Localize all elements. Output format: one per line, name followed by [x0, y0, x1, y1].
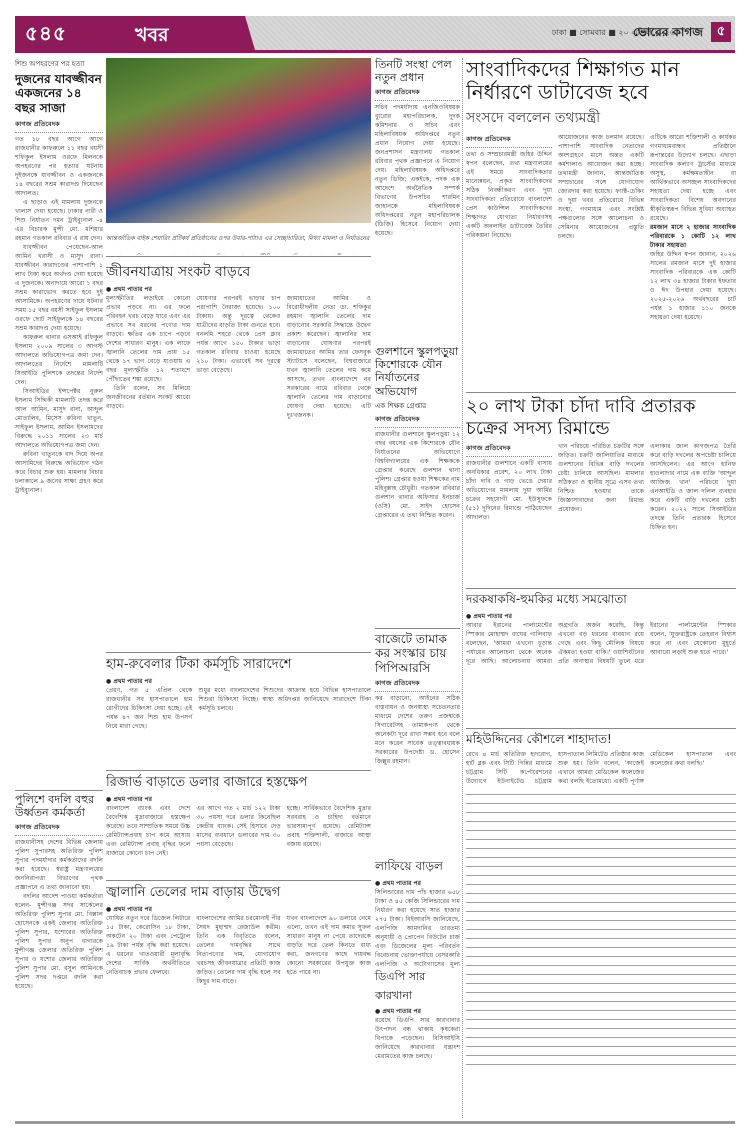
masthead: ৫৪৫ খবর ঢাকা ■ সোমবার ■ ২০ এপ্রিল ২০২৬ ভ… [15, 16, 735, 50]
headline: মহিউদ্দিনের কৌশলে শাহাদাত! [466, 731, 736, 751]
headline: ২০ লাখ টাকা চাঁদা দাবি প্রতারক চক্রের সদ… [466, 396, 736, 439]
paper-name: ভোরের কাগজ [633, 24, 703, 44]
body-paragraph: বদলির আদেশ পাওয়া কর্মকর্তারা হলেন- মুন্… [15, 893, 103, 992]
body-paragraph: রাজধানীর গুলশানে স্কুলপড়ুয়া ১২ বছর বয়… [375, 431, 460, 521]
body-paragraph: ঘোষণার পরপরই ভাড়ার চাপ পরাপাশি নৈরাজ্য … [196, 295, 280, 376]
headline: জ্বালানি তেলের দাম বাড়ায় উদ্বেগ [106, 883, 371, 904]
headline: ডিএপি সার কারখানা [375, 968, 460, 1006]
body-paragraph: ঘোষিত নতুন দরে ডিজেল লিটারে ১৫ টাকা, কের… [106, 915, 190, 987]
continuation-text: প্রথম পাতার পর [382, 880, 421, 887]
continuation-label: ● প্রথম পাতার পর [375, 1006, 460, 1017]
news-photo [106, 58, 371, 223]
divider [106, 652, 371, 653]
story-child-abduction: শিশু অপহরণের পর হত্যা দুজনের যাবজ্জীবন এ… [15, 58, 103, 578]
story-mohiuddin: মহিউদ্দিনের কৌশলে শাহাদাত! রেখে ৪ মার্চ … [466, 731, 736, 1116]
byline: কাগজ প্রতিবেদক [15, 822, 103, 836]
continuation-text: প্রথম পাতার পর [113, 286, 152, 293]
headline: রিজার্ভ বাড়াতে ডলার বাজারে হস্তক্ষেপ [106, 773, 371, 794]
continuation-label: ● প্রথম পাতার পর [466, 611, 736, 622]
body-paragraph: এর আগে গত ২ মার্চ ১২২ টাকা ৩০ পয়সা দরে … [196, 805, 280, 859]
divider [375, 628, 460, 629]
story-journalists: সাংবাদিকদের শিক্ষাগত মান নির্ধারণে ডাটাব… [466, 58, 736, 388]
body-paragraph: সিআইডির ইন্সপেক্টর নুরুল ইসলাম সিদ্দিকী … [15, 388, 103, 451]
body-paragraph: কাফরুল থানার এসআই রফিকুল ইসলাম ২০০৯ সালে… [15, 334, 103, 388]
divider [106, 256, 371, 257]
story-negotiation: দরকষাকষি-হুমকির মধ্যে সমঝোতা ● প্রথম পাত… [466, 591, 736, 726]
body-paragraph: আয়োজনের কাজ চলমান রয়েছে। পাশাপাশি সাংব… [558, 134, 644, 242]
body-paragraph: এলাকার জাল কাগজপত্র তৈরি করে বাড়ি দখলের… [650, 443, 736, 533]
continuation-label: ● প্রথম পাতার পর [106, 676, 371, 687]
headline: জীবনযাত্রায় সংকট বাড়বে [106, 260, 371, 284]
subhead: সংসদে বললেন তথ্যমন্ত্রী [466, 106, 736, 130]
story-lafiye: লাফিয়ে বাড়ল ● প্রথম পাতার পর সিলিন্ডার… [375, 858, 460, 968]
headline: বাজেটে তামাক কর সংস্কার চায় পিপিআরসি [375, 632, 460, 675]
byline: কাগজ প্রতিবেদক [466, 134, 552, 148]
continuation-label: ● প্রথম পাতার পর [106, 904, 371, 915]
story-vaccine: হাম-রুবেলার টিকা কর্মসূচি সারাদেশে ● প্র… [106, 655, 371, 770]
masthead-logo-icon: ৫৪৫ [25, 19, 95, 47]
body-paragraph: প্রেরণ, গত ৫ এপ্রিল থেকে রাজধানীর সব হাস… [106, 687, 192, 732]
divider [106, 880, 371, 881]
body-paragraph: হচ্ছে। সার্বিকভাবে বৈদেশিক মুদ্রার সরবরা… [287, 805, 371, 859]
headline: তিনটি সংস্থা পেল নতুন প্রধান [375, 58, 460, 84]
headline: গুলশানে স্কুলপড়ুয়া কিশোরকে যৌন নির্যাত… [375, 345, 460, 398]
page-number: ৫ [711, 22, 731, 42]
divider [15, 790, 103, 791]
byline: কাগজ প্রতিবেদক [375, 414, 460, 428]
story-reserve: রিজার্ভ বাড়াতে ডলার বাজারে হস্তক্ষেপ ● … [106, 773, 371, 878]
subsection-heading: রমজান মাসে ২ হাজার সাংবাদিক পরিবারকে ১ ক… [650, 224, 736, 251]
continuation-text: প্রথম পাতার পর [113, 796, 152, 803]
body-paragraph: যখন বাংলাদেশে ৯০ ডলারে নেমে এলো, তখন এই … [287, 915, 371, 987]
body-paragraph: আবার ইরানের পার্লামেন্টের স্পিকার মোহাম্… [466, 622, 736, 667]
body-paragraph: এ ছাড়াও এই মামলায় দুজনকে খালাস দেয়া হ… [15, 199, 103, 244]
body-paragraph: তিনি বলেন, সব মিলিয়ে জনজীবনের বর্তমান স… [106, 385, 190, 412]
divider [466, 728, 736, 729]
continuation-text: প্রথম পাতার পর [113, 678, 152, 685]
column-divider [462, 58, 463, 1118]
body-paragraph: রয়েছে ডিএপি সার কারখানার উৎপাদন বন্ধ থা… [375, 1017, 460, 1062]
section-title: খবর [135, 21, 169, 53]
story-dap: ডিএপি সার কারখানা ● প্রথম পাতার পর রয়েছ… [375, 968, 460, 1113]
body-paragraph: শুধুর মধ্যে বাংলাদেশের শিশুদের আক্রান্ত … [198, 687, 371, 732]
body-paragraph: রাজধানীসহ দেশের বিভিন্ন জেলায় পুলিশ সুপ… [15, 839, 103, 893]
story-fuel-price: জ্বালানি তেলের দাম বাড়ায় উদ্বেগ ● প্রথ… [106, 883, 371, 1113]
continuation-text: প্রথম পাতার পর [113, 906, 152, 913]
continuation-label: ● প্রথম পাতার পর [106, 794, 371, 805]
headline: দরকষাকষি-হুমকির মধ্যে সমঝোতা [466, 591, 736, 611]
body-paragraph: রুবিনা খাতুনকে বাদ দিয়ে অপর আসামিদের বি… [15, 451, 103, 496]
caption-text: আন্তর্জাতিক বাইক শেয়ারিং প্রটিকর্ষ প্রত… [106, 235, 369, 255]
text-block-filler [466, 791, 736, 1071]
subhead: এক শিক্ষক গ্রেপ্তার [375, 400, 460, 412]
body-paragraph: এটিকে আরো শক্তিশালী ও কার্যকর গণমাধ্যমবা… [650, 134, 736, 224]
divider [106, 770, 371, 771]
byline: কাগজ প্রতিবেদক [466, 443, 552, 457]
story-three-orgs: তিনটি সংস্থা পেল নতুন প্রধান কাগজ প্রতিব… [375, 58, 460, 288]
story-extortion: ২০ লাখ টাকা চাঁদা দাবি প্রতারক চক্রের সদ… [466, 396, 736, 586]
story-gulshan: গুলশানে স্কুলপড়ুয়া কিশোরকে যৌন নির্যাত… [375, 345, 460, 615]
body-paragraph: রেখে ৪ মার্চ অতিরিক্ত হৃদরোগ, হার্ট ব্লক… [466, 751, 736, 787]
body-paragraph: তথ্য ও সম্প্রচারমন্ত্রী জহির উদ্দিন স্বপ… [466, 151, 552, 241]
body-paragraph: সচিব পদমর্যাদায় এনজিওবিষয়ক ব্যুরোর মহা… [375, 104, 460, 239]
body-paragraph: গত ১৮ বছর আগে আগে রাজধানীর কাফরুলে ১১ বছ… [15, 136, 103, 199]
byline: কাগজ প্রতিবেদক [375, 87, 460, 101]
lead-headline: সাংবাদিকদের শিক্ষাগত মান নির্ধারণে ডাটাব… [466, 58, 736, 104]
body-paragraph: বাংলাদেশের আমির চরমোনাই পীর সৈয়দ মুহাম্… [196, 915, 280, 987]
story-tobacco: বাজেটে তামাক কর সংস্কার চায় পিপিআরসি কা… [375, 632, 460, 842]
divider [466, 392, 736, 393]
continuation-label: ● প্রথম পাতার পর [106, 284, 371, 295]
photo-caption: আন্তর্জাতিক বাইক শেয়ারিং প্রটিকর্ষ প্রত… [106, 225, 371, 255]
masthead-rule [15, 50, 735, 53]
kicker: শিশু অপহরণের পর হত্যা [15, 58, 103, 70]
body-paragraph: যাবজ্জীবন পেয়েছেন-আল আমিন খরাসী ও মাসুদ… [15, 244, 103, 334]
body-paragraph: বাংলাদেশ ব্যাংক এবং দেশে বৈদেশিক মুদ্রাব… [106, 805, 190, 859]
byline: কাগজ প্রতিবেদক [375, 678, 460, 692]
continuation-label: ● প্রথম পাতার পর [375, 878, 460, 889]
body-paragraph: কর বাড়ানো, আইনের সঠিক বাস্তবায়ন ও জনস্… [375, 695, 460, 767]
body-paragraph: মূল্যস্ফীতির লড়াইয়ে কোনো প্রভাব পড়বে … [106, 295, 190, 385]
section-banner: ৫৪৫ খবর [15, 16, 255, 50]
headline: লাফিয়ে বাড়ল [375, 858, 460, 878]
story-police-transfer: পুলিশে বদলি বহুর উর্ধ্বতন কর্মকর্তা কাগজ… [15, 793, 103, 1113]
footer-rule [15, 1121, 735, 1124]
continuation-text: প্রথম পাতার পর [473, 613, 512, 620]
headline: হাম-রুবেলার টিকা কর্মসূচি সারাদেশে [106, 655, 371, 676]
story-living-cost: জীবনযাত্রায় সংকট বাড়বে ● প্রথম পাতার প… [106, 260, 371, 650]
divider [466, 588, 736, 589]
body-paragraph: রাজধানীর গুলশানে একটি বাসায় অনধিকার প্র… [466, 460, 552, 523]
body-paragraph: জহির উদ্দিন স্বপন জানান, ২০২৬ সালের রমজা… [650, 251, 736, 323]
continuation-text: প্রথম পাতার পর [382, 1008, 421, 1015]
headline: পুলিশে বদলি বহুর উর্ধ্বতন কর্মকর্তা [15, 793, 103, 819]
body-paragraph: সিলিন্ডারের দাম পাঁচ হাজার ৬৫৮ টাকা ও ৪৫… [375, 889, 460, 968]
body-paragraph: খান পরিচয়ে পরিচিত চক্রটির সঙ্গে জড়িত। … [558, 443, 644, 533]
headline: দুজনের যাবজ্জীবন একজনের ১৪ বছর সাজা [15, 72, 103, 115]
body-paragraph: জামায়াতের আমির ও বিরোধীদলীয় নেতা ডা. শ… [287, 295, 371, 421]
byline: কাগজ প্রতিবেদক [15, 119, 103, 133]
